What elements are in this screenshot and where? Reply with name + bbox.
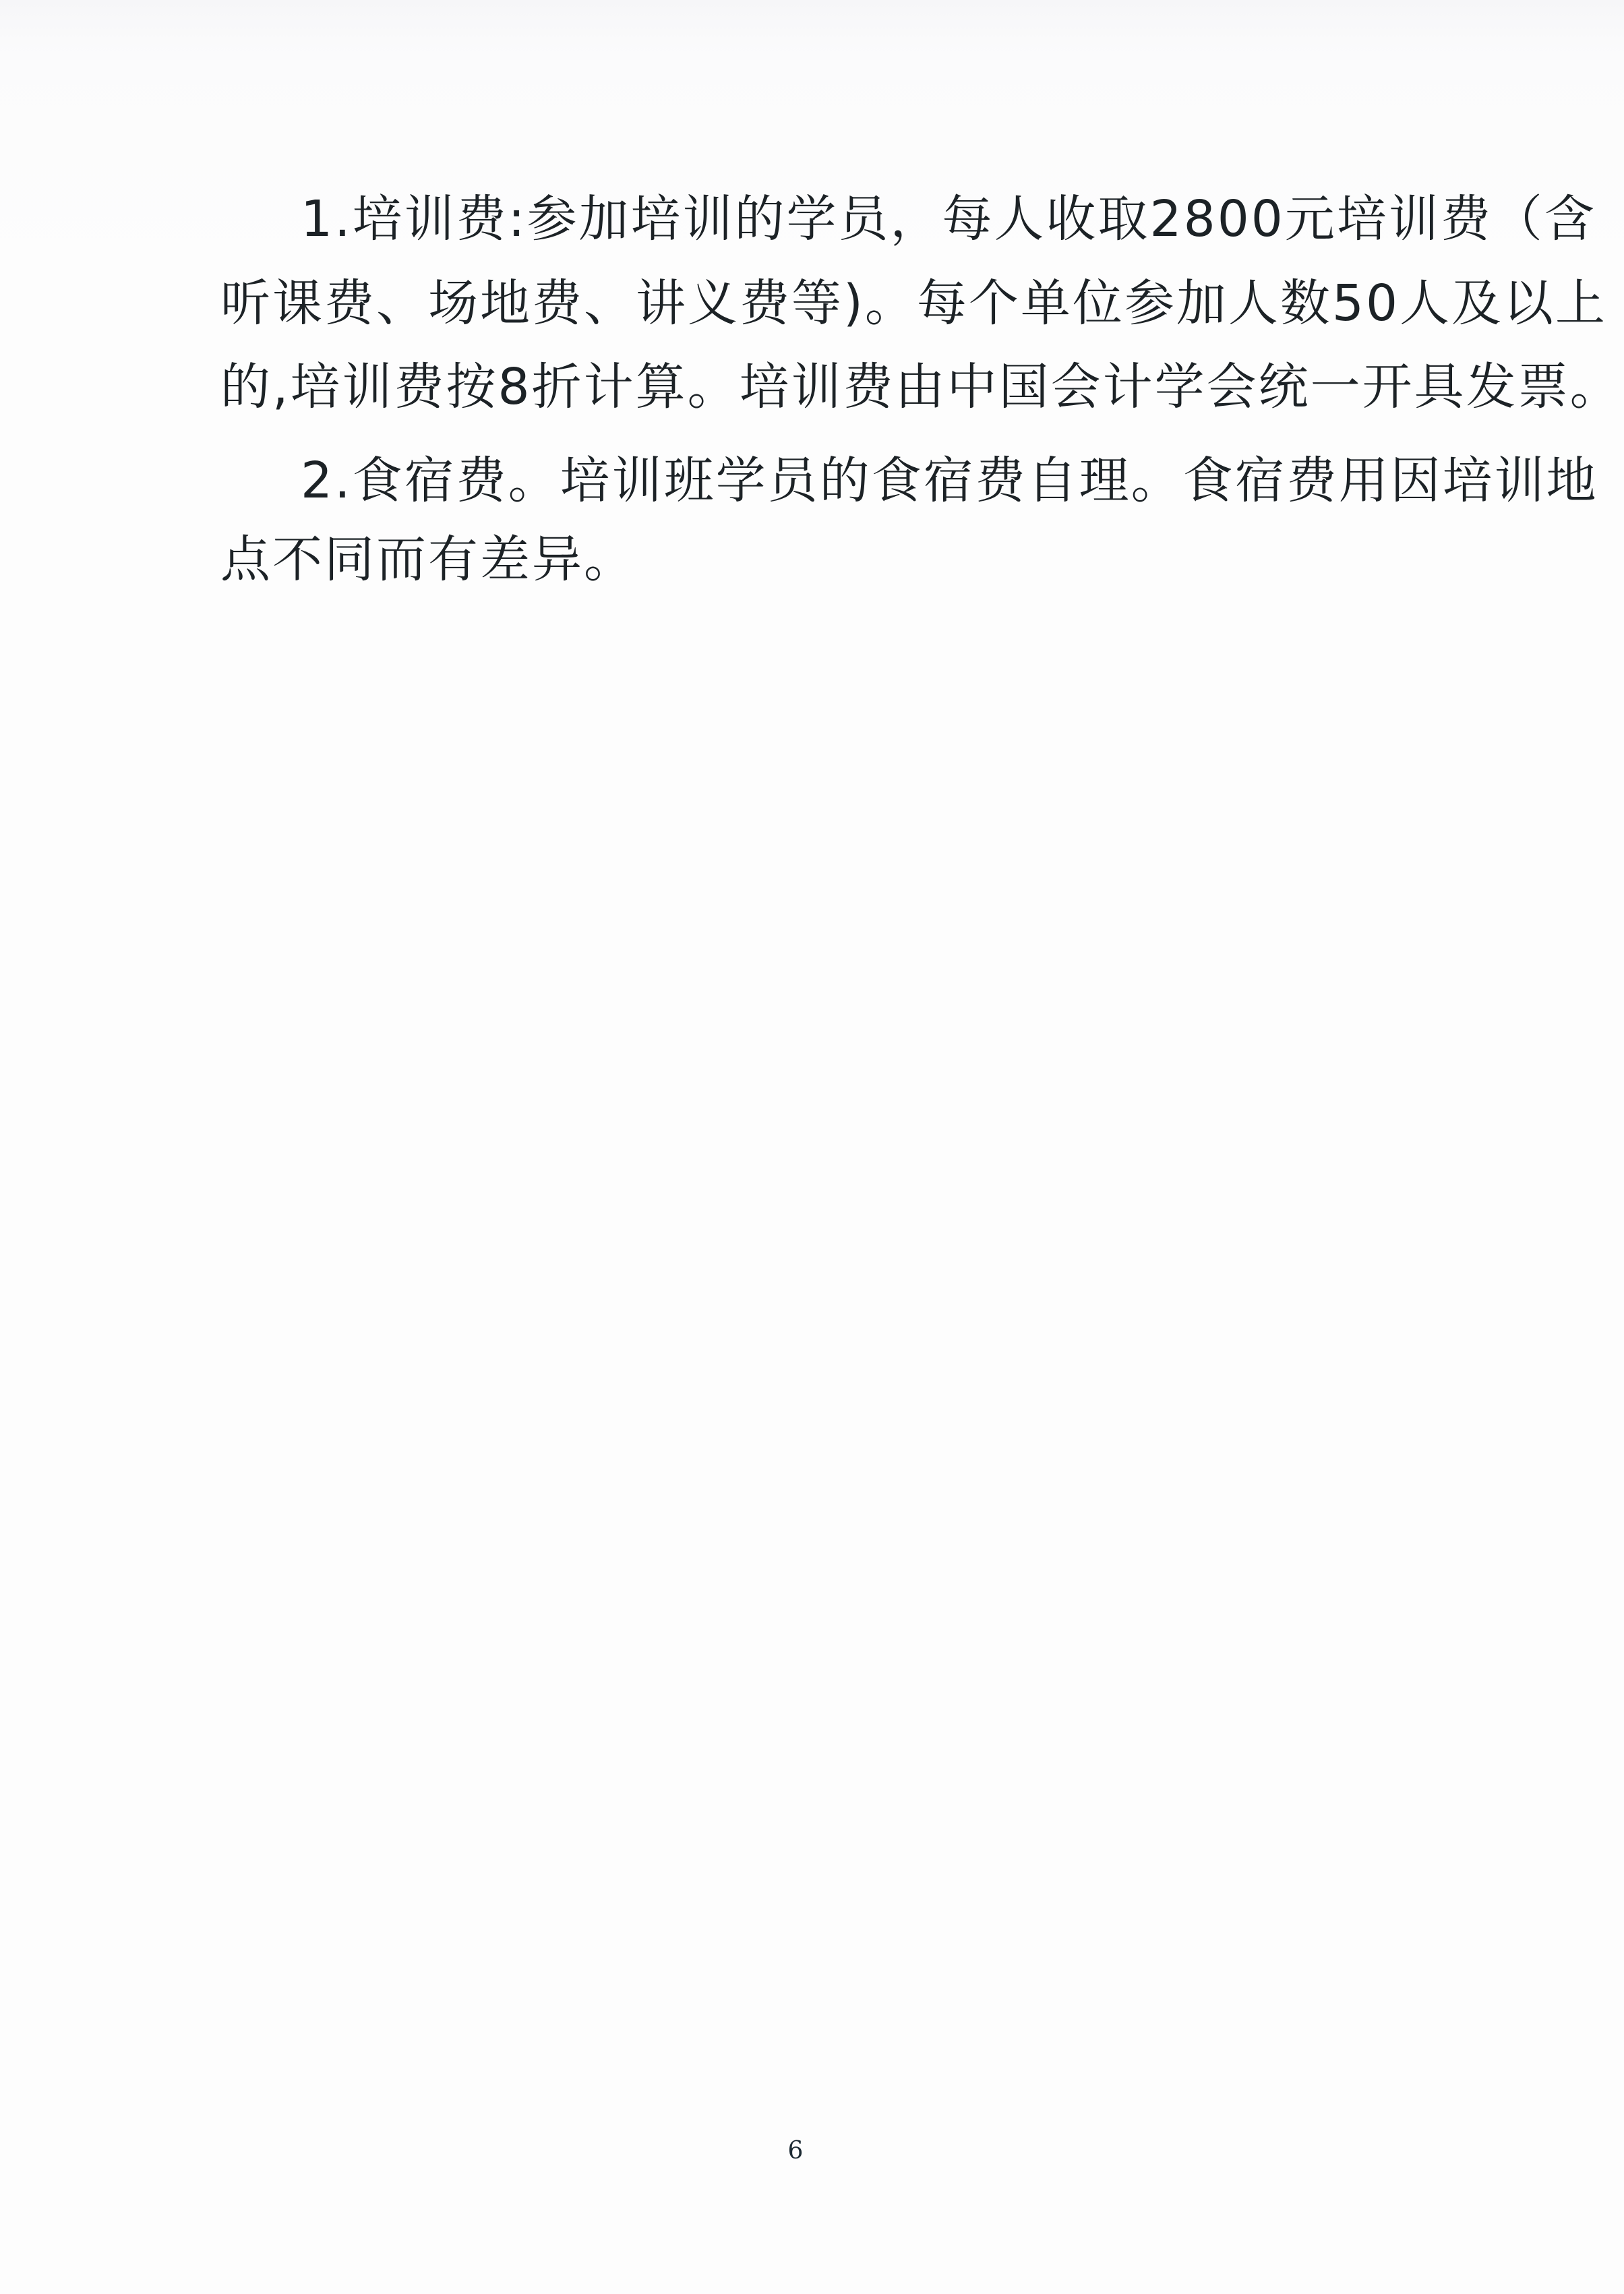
text-line: 点不同而有差异。 xyxy=(220,526,1414,593)
page-number: 6 xyxy=(782,2137,809,2165)
text-line: 听课费、场地费、讲义费等)。每个单位参加人数50人及以上 xyxy=(220,270,1414,337)
document-page: 1.培训费:参加培训的学员，每人收取2800元培训费（含 听课费、场地费、讲义费… xyxy=(0,0,1624,2294)
text-line: 1.培训费:参加培训的学员，每人收取2800元培训费（含 xyxy=(301,185,1414,253)
text-line: 的,培训费按8折计算。培训费由中国会计学会统一开具发票。 xyxy=(220,353,1414,421)
text-line: 2.食宿费。培训班学员的食宿费自理。食宿费用因培训地 xyxy=(301,447,1414,514)
